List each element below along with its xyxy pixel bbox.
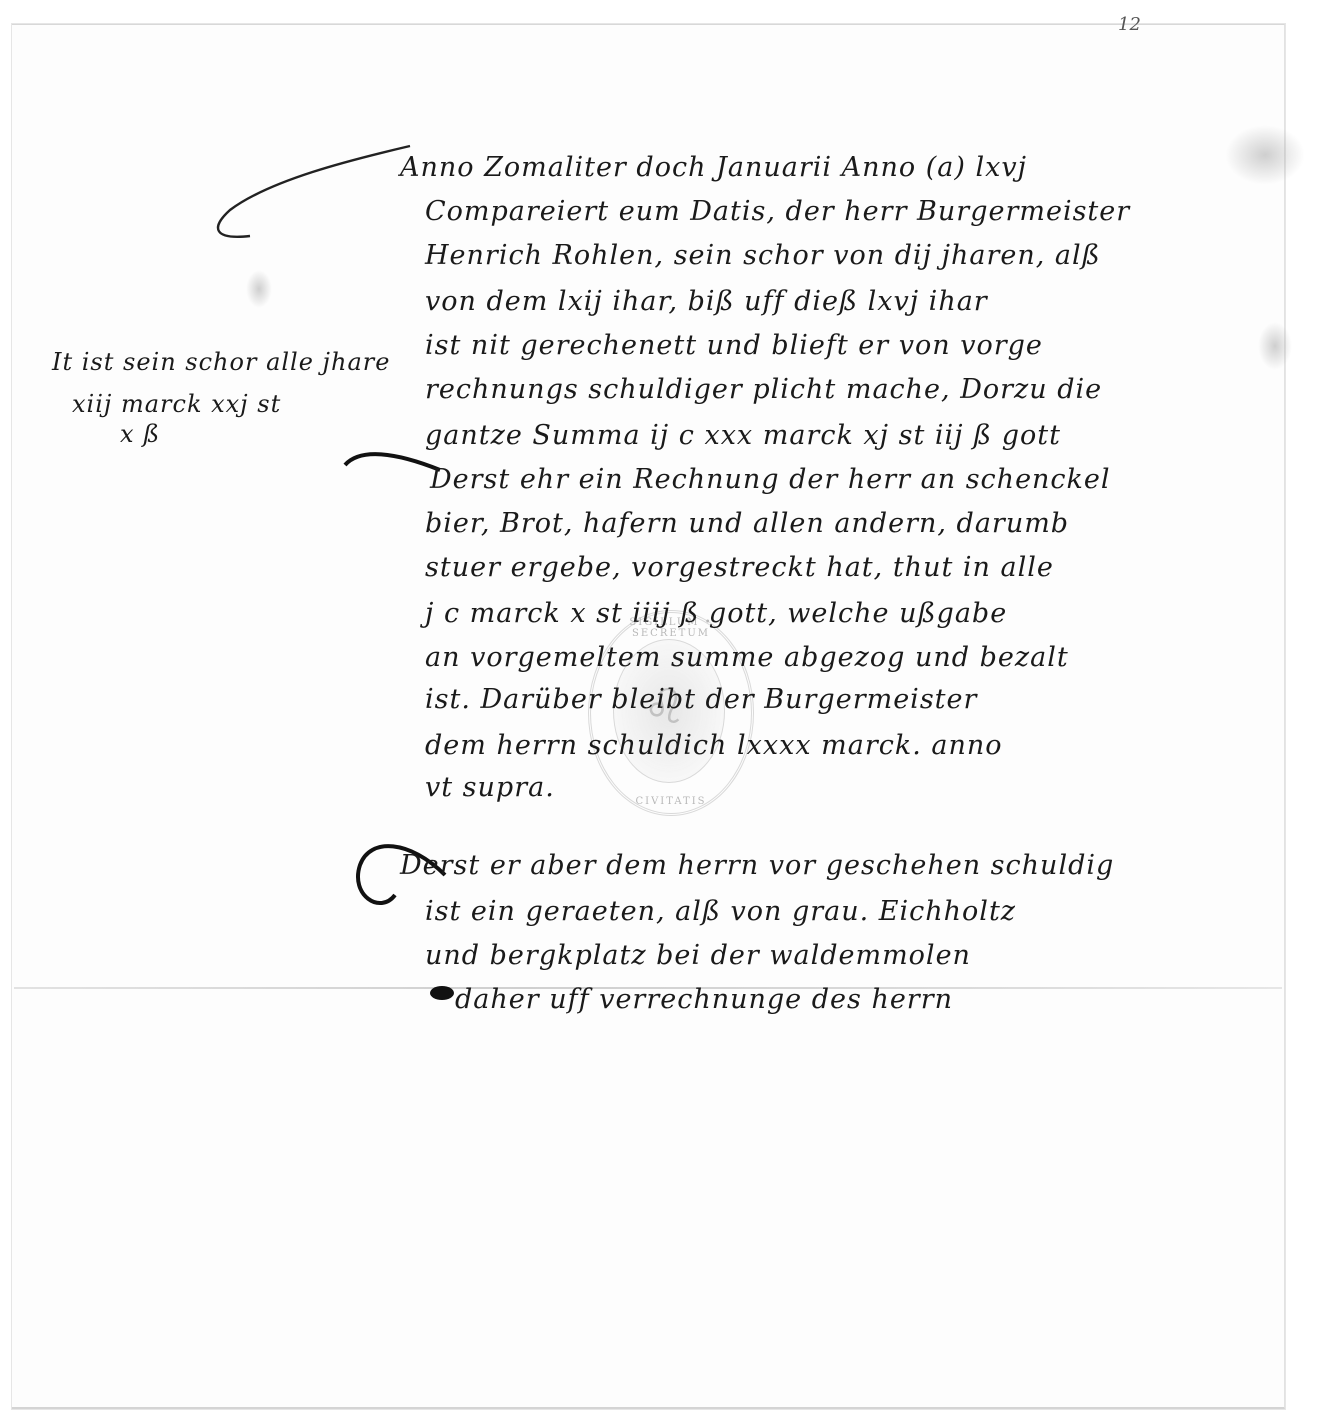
text-line: Anno Zomaliter doch Januarii Anno (a) lx…: [400, 152, 1027, 183]
margin-note-line: It ist sein schor alle jhare: [52, 348, 390, 376]
text-line: Henrich Rohlen, sein schor von dij jhare…: [425, 240, 1101, 271]
flourish-stroke-top: [200, 140, 420, 250]
text-line: vt supra.: [425, 772, 555, 803]
text-line: stuer ergebe, vorgestreckt hat, thut in …: [425, 552, 1054, 583]
text-line: daher uff verrechnunge des herrn: [455, 984, 953, 1015]
text-line: bier, Brot, hafern und allen andern, dar…: [425, 508, 1069, 539]
text-line: von dem lxij ihar, biß uff dieß lxvj iha…: [425, 286, 988, 317]
text-line: Compareiert eum Datis, der herr Burgerme…: [425, 196, 1130, 227]
text-line: ist nit gerechenett und blieft er von vo…: [425, 330, 1043, 361]
closing-ink-blot: [428, 983, 458, 1003]
text-line: an vorgemeltem summe abgezog und bezalt: [425, 642, 1069, 673]
text-line: dem herrn schuldich lxxxx marck. anno: [425, 730, 1003, 761]
text-line: und bergkplatz bei der waldemmolen: [425, 940, 971, 971]
text-line: ist ein geraeten, alß von grau. Eichholt…: [425, 896, 1016, 927]
margin-note-line: xiij marck xxj st: [72, 390, 281, 418]
text-line: Derst er aber dem herrn vor geschehen sc…: [400, 850, 1114, 881]
text-line: j c marck x st iiij ß gott, welche ußgab…: [425, 598, 1007, 629]
ink-stain: [1225, 125, 1305, 185]
text-line: gantze Summa ij c xxx marck xj st iij ß …: [425, 420, 1061, 451]
ink-stain: [1258, 322, 1292, 370]
seal-legend-bottom: CIVITATIS: [591, 796, 751, 807]
ink-stain: [246, 270, 272, 308]
text-line: Derst ehr ein Rechnung der herr an schen…: [430, 464, 1111, 495]
text-line: rechnungs schuldiger plicht mache, Dorzu…: [425, 374, 1102, 405]
text-line: ist. Darüber bleibt der Burgermeister: [425, 684, 977, 715]
folio-number: 12: [1118, 14, 1141, 35]
margin-note-line: x ß: [120, 420, 160, 448]
